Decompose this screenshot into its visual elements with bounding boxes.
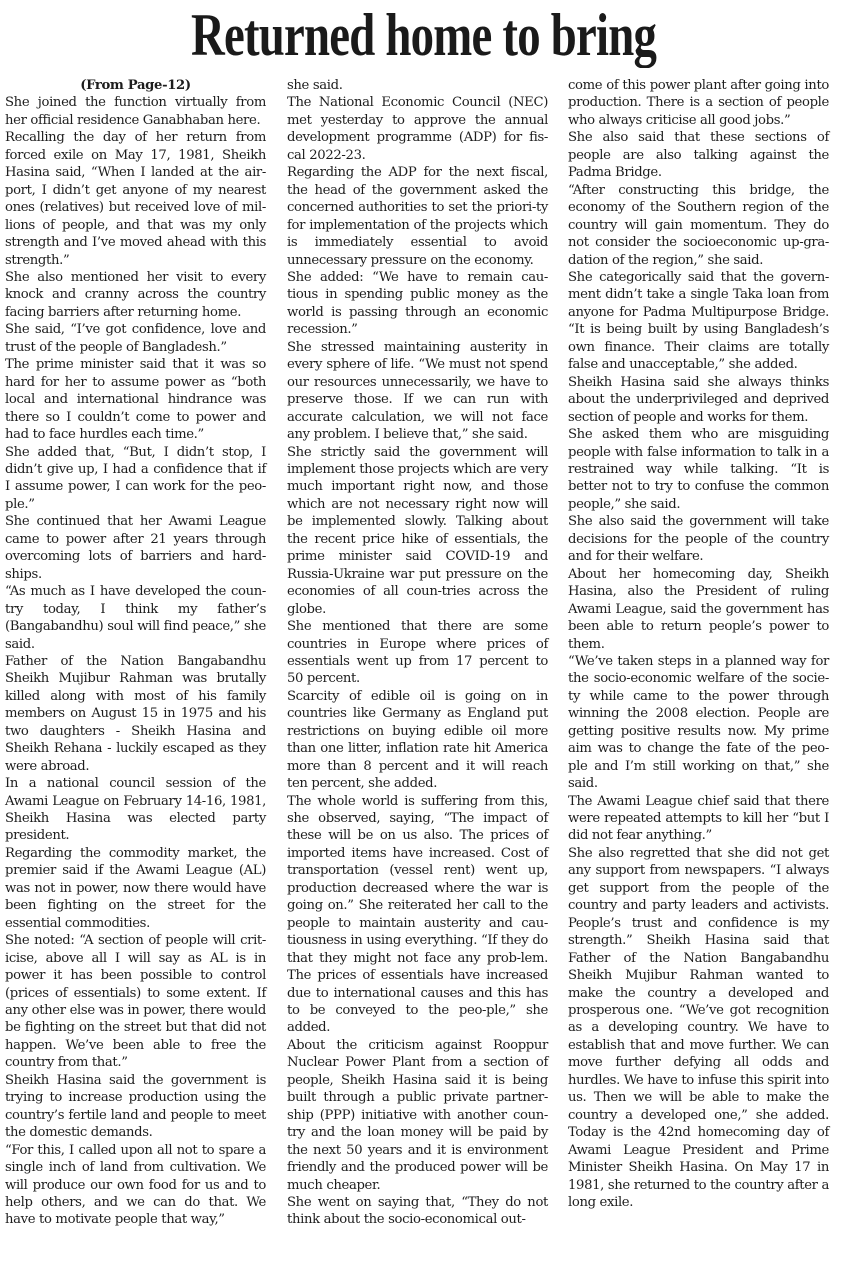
paragraph: She stressed maintaining austerity in ev…: [287, 339, 548, 444]
paragraph: The whole world is suffering from this, …: [287, 793, 548, 1037]
paragraph: She noted: “A section of people will cri…: [5, 932, 266, 1072]
paragraph: The National Economic Council (NEC) met …: [287, 94, 548, 164]
paragraph: “After constructing this bridge, the eco…: [568, 182, 829, 269]
paragraph: Regarding the commodity market, the prem…: [5, 845, 266, 932]
paragraph: “We’ve taken steps in a planned way for …: [568, 653, 829, 793]
paragraph: She asked them who are misguiding people…: [568, 426, 829, 513]
jump-label: (From Page-12): [5, 77, 266, 94]
paragraph: She also said that these sections of peo…: [568, 129, 829, 181]
paragraph: She joined the function virtually from h…: [5, 94, 266, 129]
paragraph: She said, “I’ve got confidence, love and…: [5, 321, 266, 356]
article-column-1: (From Page-12) She joined the function v…: [5, 77, 266, 1229]
paragraph: In a national council session of the Awa…: [5, 775, 266, 845]
paragraph: She also mentioned her visit to every kn…: [5, 269, 266, 321]
paragraph: The prime minister said that it was so h…: [5, 356, 266, 443]
article-column-2: she said. The National Economic Council …: [287, 77, 548, 1229]
headline: Returned home to bring: [93, 0, 754, 70]
paragraph: She categorically said that the govern-m…: [568, 269, 829, 374]
paragraph: About the criticism against Rooppur Nucl…: [287, 1037, 548, 1194]
paragraph: Regarding the ADP for the next fiscal, t…: [287, 164, 548, 269]
paragraph: She mentioned that there are some countr…: [287, 618, 548, 688]
paragraph: Recalling the day of her return from for…: [5, 129, 266, 269]
paragraph: Sheikh Hasina said she always thinks abo…: [568, 374, 829, 426]
paragraph: She also regretted that she did not get …: [568, 845, 829, 1212]
paragraph: she said.: [287, 77, 548, 94]
paragraph: “For this, I called upon all not to spar…: [5, 1142, 266, 1229]
paragraph: She strictly said the government will im…: [287, 444, 548, 619]
paragraph: come of this power plant after going int…: [568, 77, 829, 129]
paragraph: She also said the government will take d…: [568, 513, 829, 565]
paragraph: Father of the Nation Bangabandhu Sheikh …: [5, 653, 266, 775]
article-column-3: come of this power plant after going int…: [568, 77, 829, 1211]
paragraph: She added that, “But, I didn’t stop, I d…: [5, 444, 266, 514]
paragraph: Scarcity of edible oil is going on in co…: [287, 688, 548, 793]
paragraph: She went on saying that, “They do not th…: [287, 1194, 548, 1229]
paragraph: About her homecoming day, Sheikh Hasina,…: [568, 566, 829, 653]
paragraph: The Awami League chief said that there w…: [568, 793, 829, 845]
paragraph: She added: “We have to remain cau-tious …: [287, 269, 548, 339]
paragraph: Sheikh Hasina said the government is try…: [5, 1072, 266, 1142]
paragraph: “As much as I have developed the coun-tr…: [5, 583, 266, 653]
paragraph: She continued that her Awami League came…: [5, 513, 266, 583]
